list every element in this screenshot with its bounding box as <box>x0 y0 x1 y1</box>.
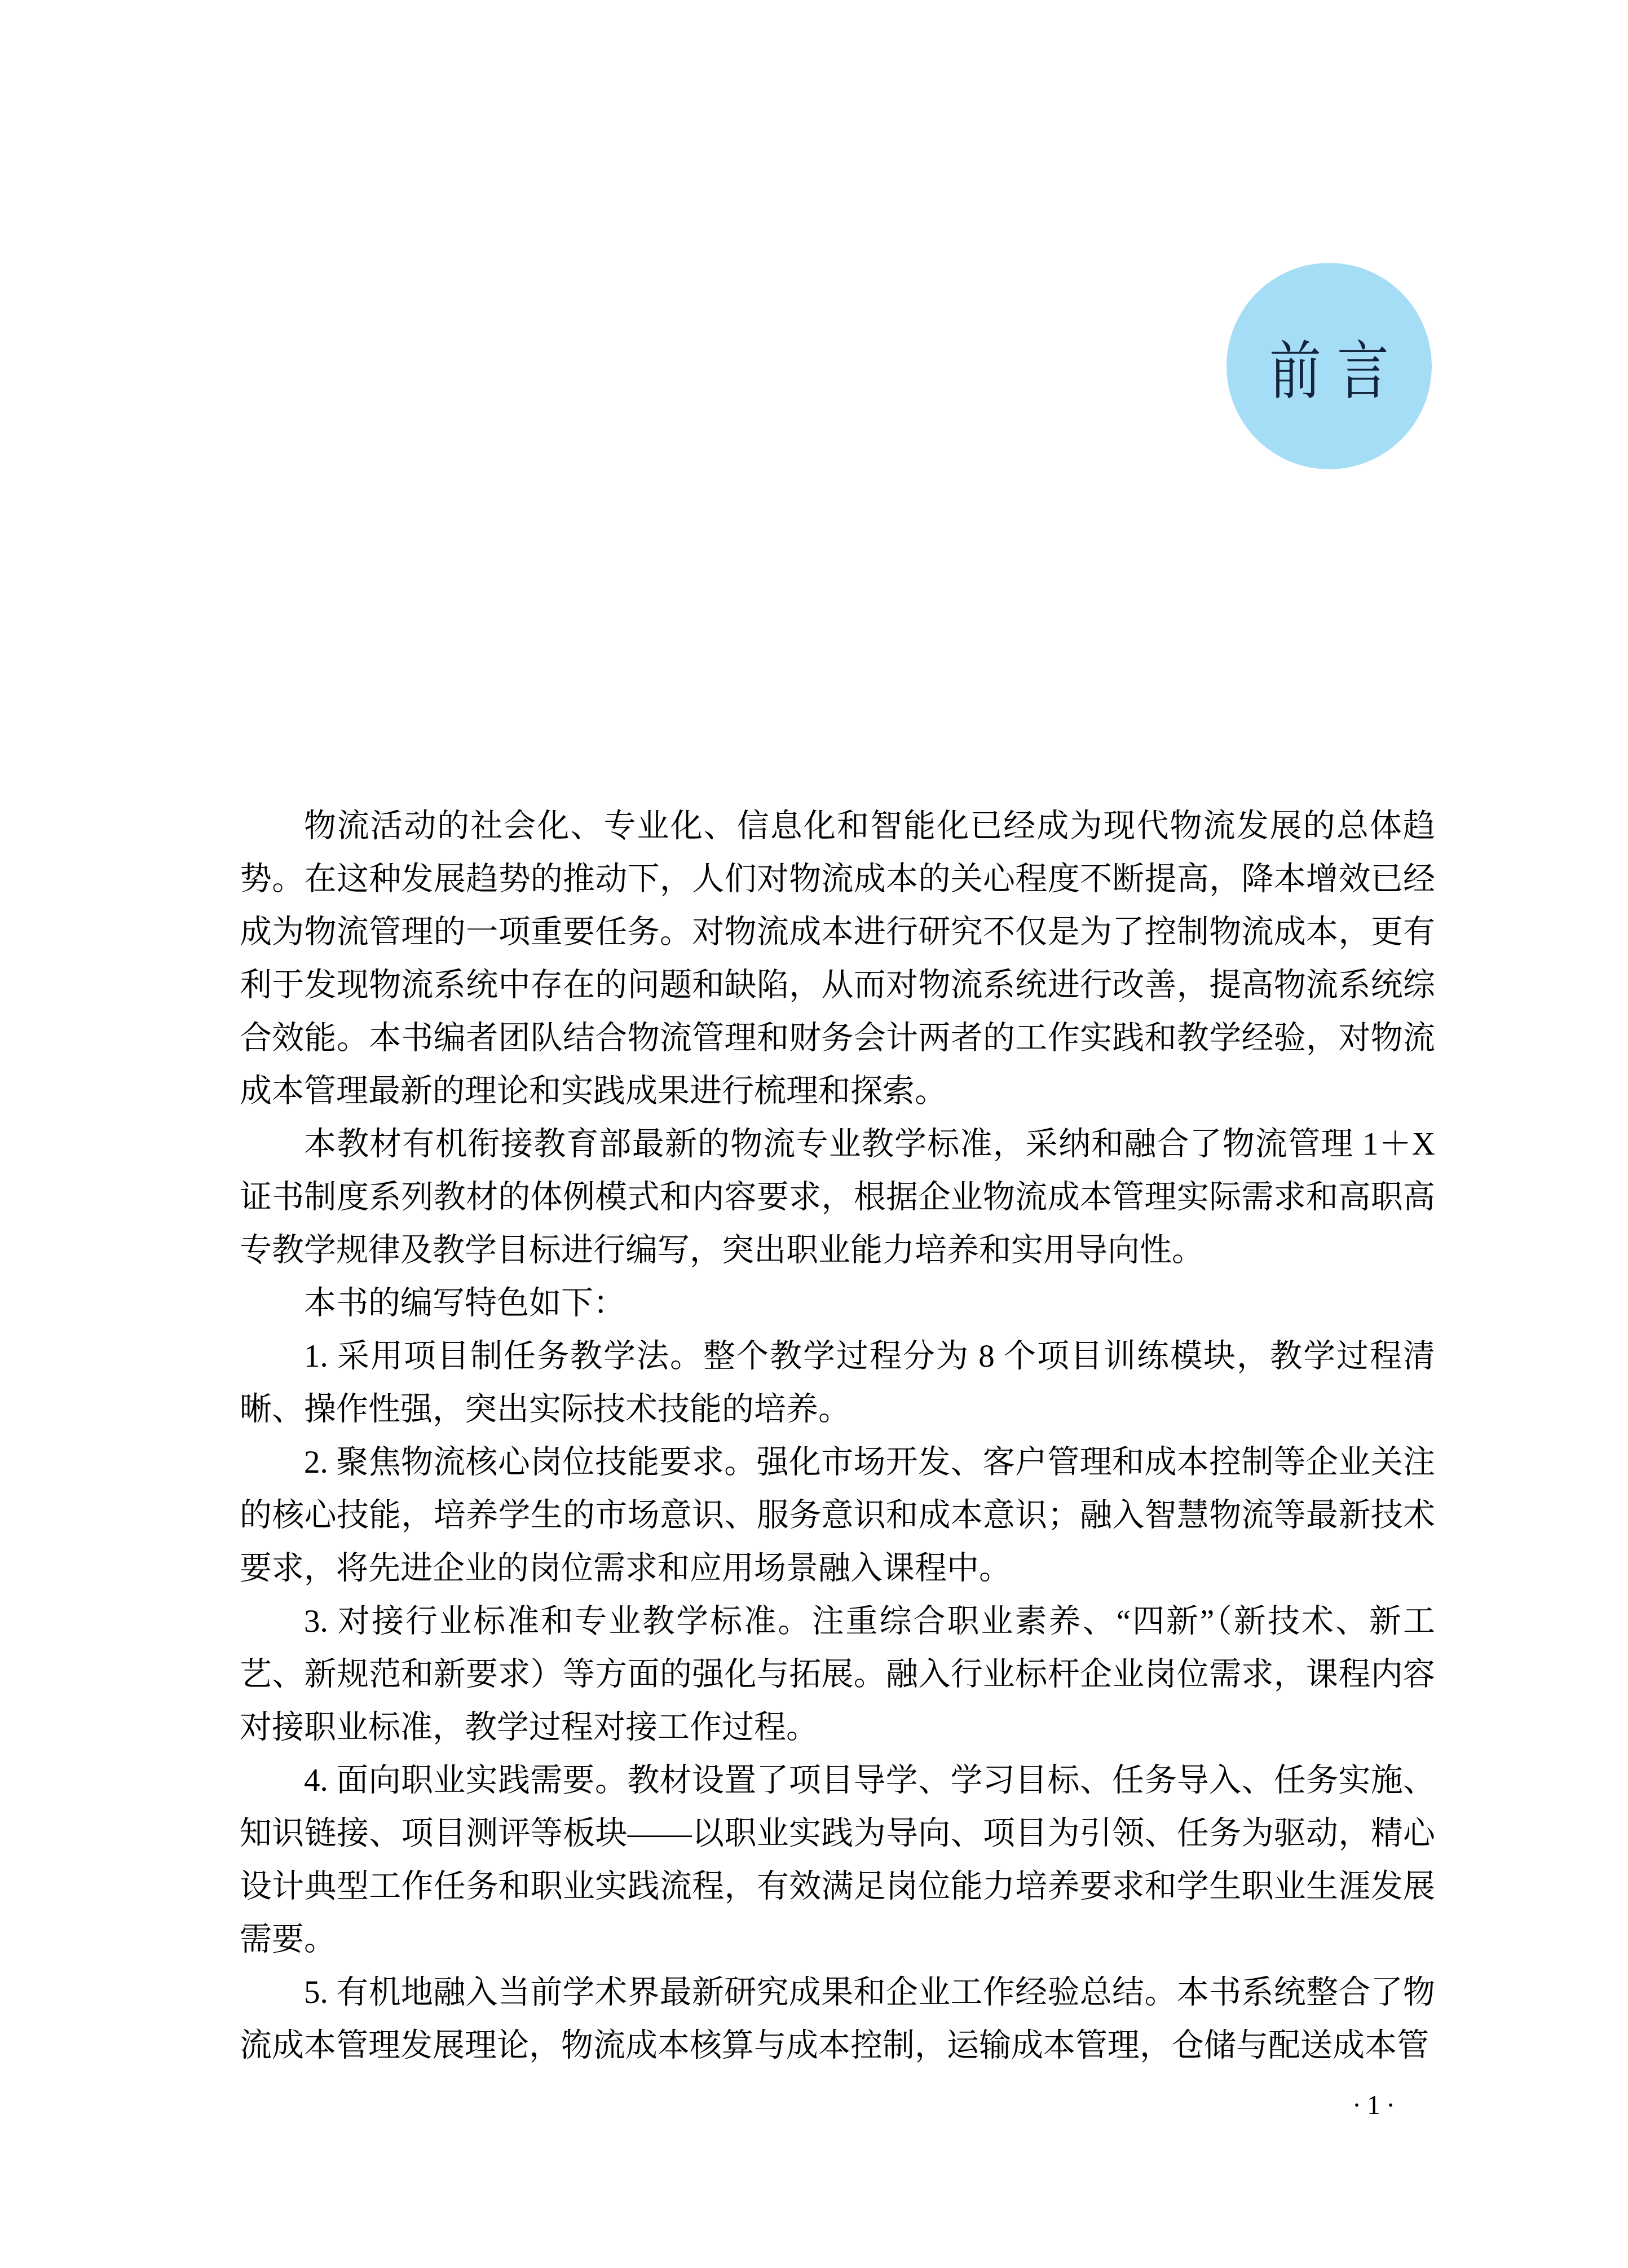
paragraph: 4. 面向职业实践需要。教材设置了项目导学、学习目标、任务导入、任务实施、知识链… <box>240 1754 1435 1966</box>
paragraph: 本教材有机衔接教育部最新的物流专业教学标准，采纳和融合了物流管理 1＋X 证书制… <box>240 1118 1435 1277</box>
page-number: ·1· <box>1352 2089 1401 2122</box>
paragraph: 物流活动的社会化、专业化、信息化和智能化已经成为现代物流发展的总体趋势。在这种发… <box>240 800 1435 1118</box>
page: 前言 物流活动的社会化、专业化、信息化和智能化已经成为现代物流发展的总体趋势。在… <box>0 0 1628 2268</box>
paragraph: 2. 聚焦物流核心岗位技能要求。强化市场开发、客户管理和成本控制等企业关注的核心… <box>240 1436 1435 1595</box>
paragraph: 1. 采用项目制任务教学法。整个教学过程分为 8 个项目训练模块，教学过程清晰、… <box>240 1330 1435 1436</box>
paragraph: 3. 对接行业标准和专业教学标准。注重综合职业素养、“四新”（新技术、新工艺、新… <box>240 1595 1435 1754</box>
preface-badge: 前言 <box>1226 263 1432 469</box>
preface-content: 物流活动的社会化、专业化、信息化和智能化已经成为现代物流发展的总体趋势。在这种发… <box>240 800 1435 2072</box>
preface-title: 前言 <box>1269 320 1405 411</box>
paragraph: 本书的编写特色如下： <box>240 1277 1435 1330</box>
paragraph: 5. 有机地融入当前学术界最新研究成果和企业工作经验总结。本书系统整合了物流成本… <box>240 1966 1435 2072</box>
